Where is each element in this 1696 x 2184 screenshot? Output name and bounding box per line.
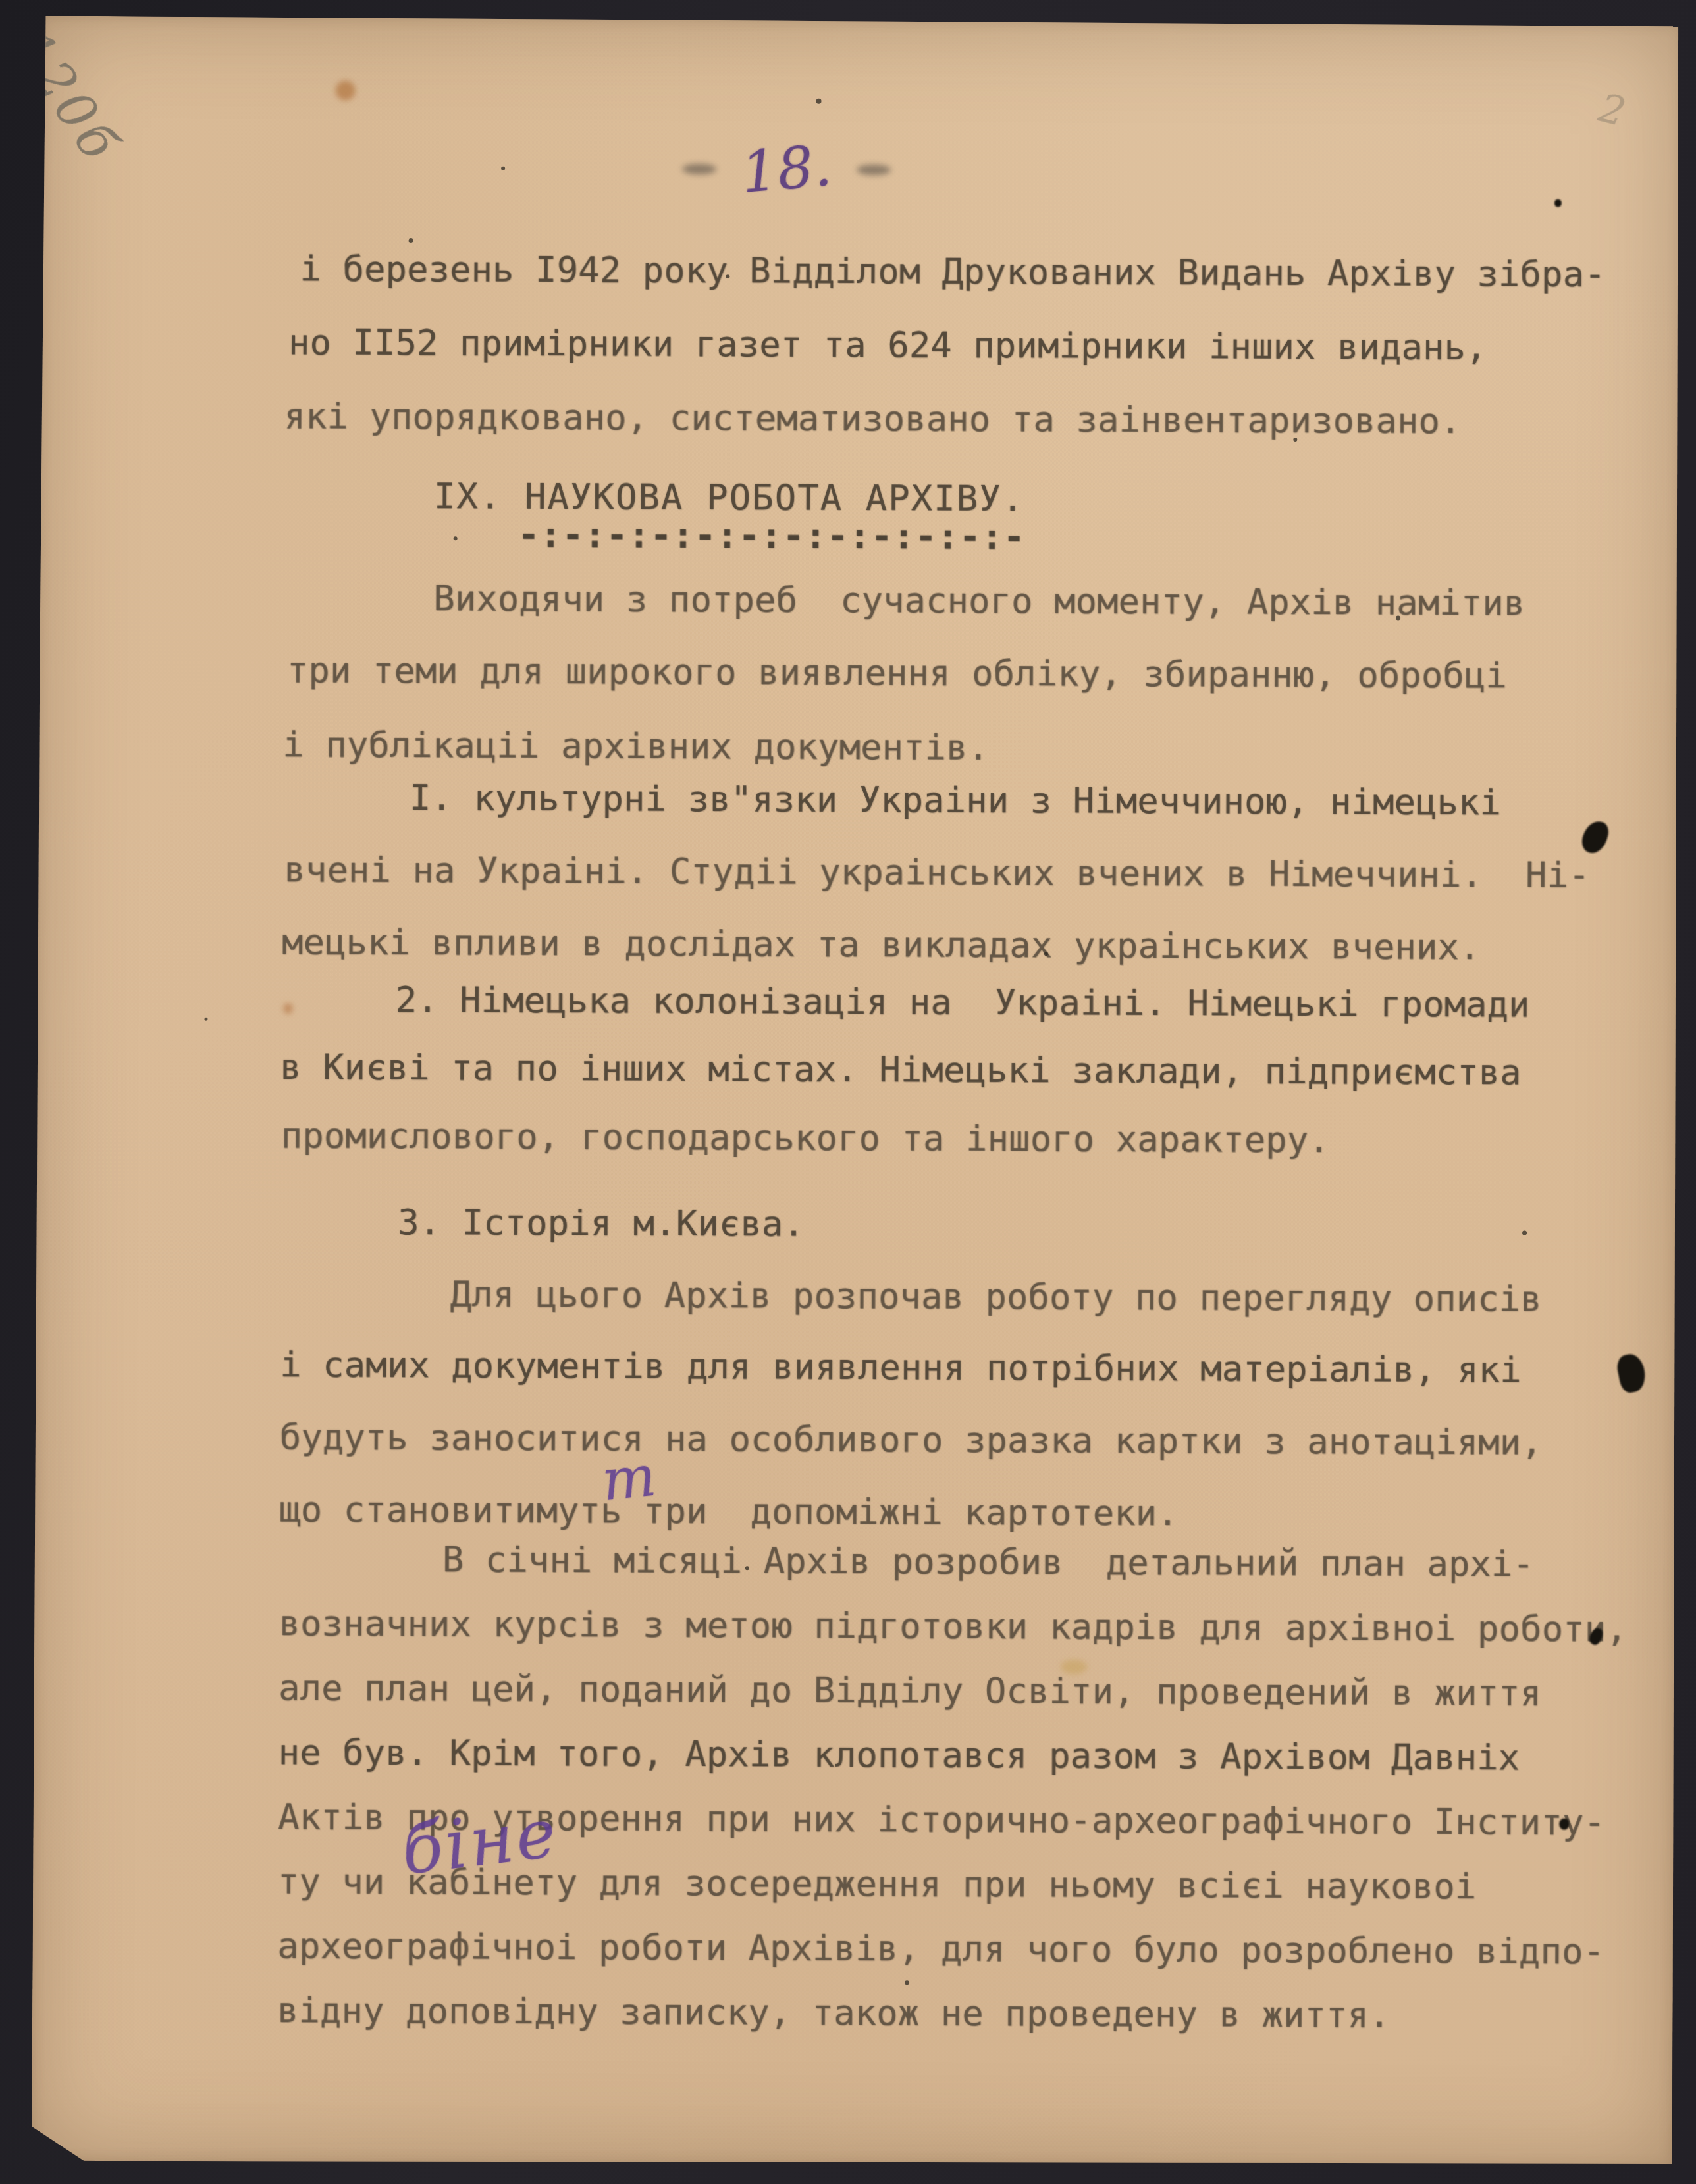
typed-line: археографічноі роботи Архівів, для чого … bbox=[277, 1928, 1604, 1969]
rust-stain bbox=[336, 81, 356, 101]
ink-speck bbox=[1044, 952, 1048, 956]
typed-line: І. культурні зв"язки Украіни з Німеччино… bbox=[410, 780, 1501, 820]
typed-line: Виходячи з потреб сучасного моменту, Арх… bbox=[433, 581, 1525, 621]
typed-line: В січні місяці Архів розробив детальний … bbox=[442, 1542, 1534, 1582]
ink-speck bbox=[726, 274, 729, 278]
typed-line: і публікаціі архівних документів. bbox=[282, 727, 989, 766]
page-number-left-dash bbox=[682, 164, 716, 174]
ink-speck bbox=[745, 1566, 749, 1570]
corner-pencil-mark: 2 bbox=[1594, 85, 1630, 136]
typed-line: відну доповідну записку, також не провед… bbox=[277, 1992, 1391, 2033]
item-3-heading: 3. Історія м.Києва. bbox=[398, 1205, 805, 1242]
ink-speck bbox=[1522, 1230, 1527, 1235]
typed-line: і самих документів для виявлення потрібн… bbox=[280, 1347, 1522, 1388]
ink-blot bbox=[1615, 1352, 1649, 1395]
ink-speck bbox=[204, 1018, 207, 1021]
typed-line: в Києві та по інших містах. Німецькі зак… bbox=[280, 1049, 1522, 1090]
typed-line: возначних курсів з метою підготовки кадр… bbox=[278, 1605, 1627, 1647]
ink-speck bbox=[454, 536, 458, 540]
ink-speck bbox=[409, 238, 413, 243]
typed-line: які упорядковано, систематизовано та заі… bbox=[284, 398, 1461, 439]
typed-line: але план цей, поданий до Відділу Освіти,… bbox=[278, 1670, 1541, 1711]
section-heading-underline: -:-:-:-:-:-:-:-:-:-:-:- bbox=[518, 517, 1026, 555]
typed-line: не був. Крім того, Архів клопотався разо… bbox=[278, 1734, 1520, 1775]
typed-line: і березень І942 року Відділом Друкованих… bbox=[300, 251, 1605, 292]
ink-speck bbox=[816, 99, 822, 104]
page-number: 18. bbox=[739, 133, 834, 206]
typed-line: три теми для широкого виявлення обліку, … bbox=[287, 652, 1507, 693]
ink-speck bbox=[1293, 438, 1297, 442]
section-heading: ІХ. НАУКОВА РОБОТА АРХІВУ. bbox=[434, 479, 1025, 517]
stain bbox=[1061, 1659, 1087, 1674]
ink-correction-t: т bbox=[599, 1443, 659, 1515]
typed-line: но ІІ52 примірники газет та 624 примірни… bbox=[288, 325, 1487, 365]
typed-line: будуть заноситися на особливого зразка к… bbox=[280, 1419, 1543, 1460]
typed-line: що становитимуть три допоміжні картотеки… bbox=[279, 1492, 1179, 1531]
ink-speck bbox=[1396, 616, 1400, 621]
ink-blot bbox=[1554, 199, 1562, 207]
ink-blot bbox=[1579, 818, 1612, 857]
typed-line: мецькі впливи в дослідах та викладах укр… bbox=[282, 924, 1481, 965]
page-number-right-dash bbox=[857, 165, 891, 175]
page-number-row: 18. bbox=[682, 136, 891, 203]
typed-line: вчені на Украіні. Студіі украінських вче… bbox=[284, 852, 1589, 893]
ink-blot bbox=[1559, 1819, 1569, 1830]
typed-line: Для цього Архів розпочав роботу по перег… bbox=[450, 1276, 1542, 1316]
document-page: 120б 2 18. і березень І942 року Відділом… bbox=[32, 16, 1682, 2168]
typed-line: промислового, господарського та іншого х… bbox=[281, 1118, 1330, 1158]
rust-stain bbox=[284, 1003, 293, 1014]
ink-speck bbox=[905, 1980, 909, 1985]
typed-line: 2. Німецька колонізація на Украіні. Німе… bbox=[395, 982, 1529, 1023]
ink-speck bbox=[501, 167, 505, 170]
